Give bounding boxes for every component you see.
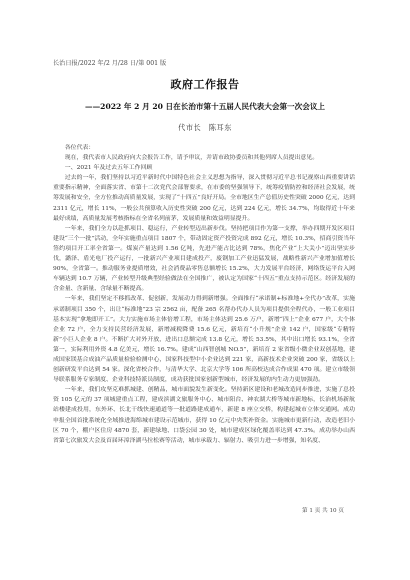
- author-line: 代市长 陈耳东: [0, 123, 410, 133]
- page-number: 第 1 页 共 10 页: [302, 506, 344, 514]
- paragraph: 过去的一年，我们坚持以习近平新时代中国特色社会主义思想为指导，深入贯彻习近平总书…: [53, 173, 355, 223]
- paragraph-intro: 现在，我代表市人民政府向大会报告工作，请予审议，并请市政协委员和其他列席人员提出…: [53, 153, 355, 163]
- document-body: 各位代表： 现在，我代表市人民政府向大会报告工作，请予审议，并请市政协委员和其他…: [53, 143, 355, 446]
- salutation: 各位代表：: [53, 143, 355, 153]
- paragraph: 一年来，我们攻坚克难抓城建、创精品，城市面貌发生新变化。坚持新区建设和老城改造同…: [53, 385, 355, 446]
- document-title: 政府工作报告: [0, 76, 410, 92]
- document-page: 长治日报/2022 年/2 月/28 日/第 001 版 政府工作报告 ——20…: [0, 0, 410, 580]
- section-heading: 一、2021 年及过去五年工作回顾: [53, 163, 355, 173]
- source-line: 长治日报/2022 年/2 月/28 日/第 001 版: [53, 58, 166, 67]
- document-subtitle: ——2022 年 2 月 20 日在长治市第十五届人民代表大会第一次会议上: [0, 101, 410, 112]
- paragraph: 一年来，我们坚定不移抓改革、促创新，发展动力得到新增强。全面推行“承诺制+标准地…: [53, 294, 355, 385]
- paragraph: 一年来，我们全力以赴抓项目、稳运行，产业转型迈出新步伐。坚持把项目作为第一支撑，…: [53, 224, 355, 295]
